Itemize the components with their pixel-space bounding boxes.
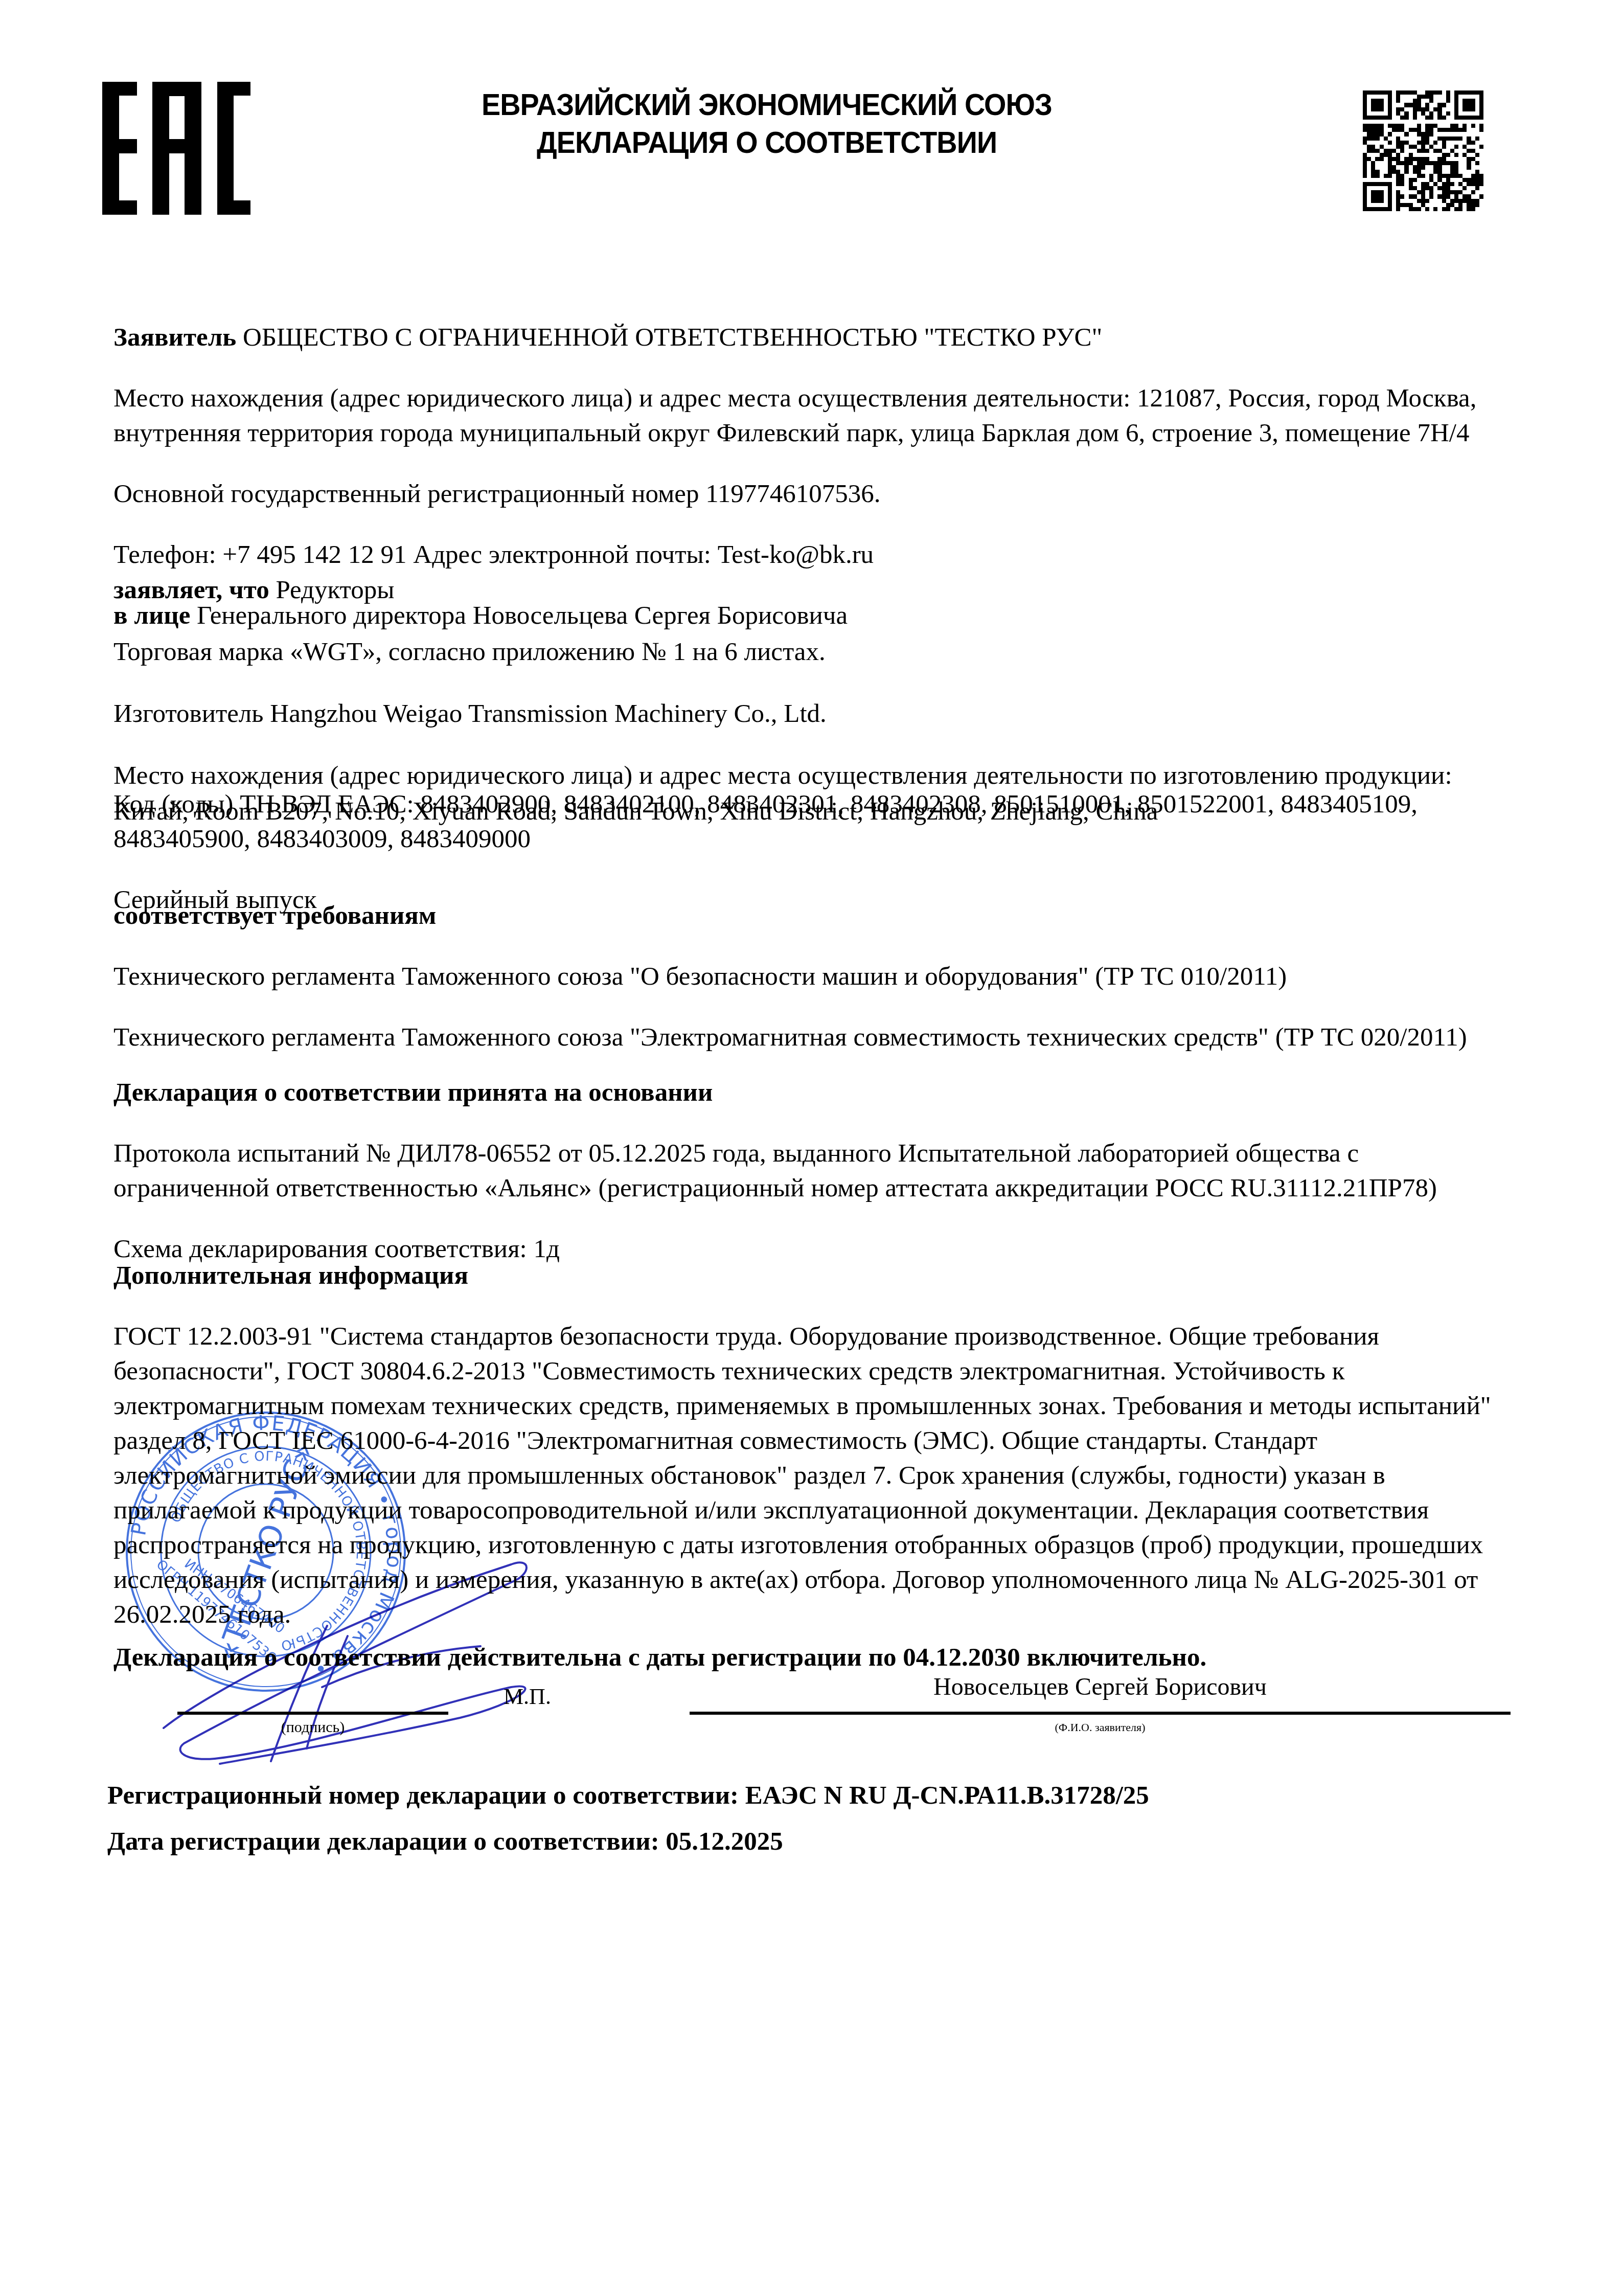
- applicant-name: ОБЩЕСТВО С ОГРАНИЧЕННОЙ ОТВЕТСТВЕННОСТЬЮ…: [236, 323, 1102, 352]
- applicant-ogrn: Основной государственный регистрационный…: [113, 476, 1514, 511]
- qr-code-icon: [1363, 90, 1483, 211]
- product-manufacturer: Изготовитель Hangzhou Weigao Transmissio…: [113, 696, 1514, 732]
- registration-date: Дата регистрации декларации о соответств…: [107, 1824, 783, 1859]
- name-line: [690, 1712, 1511, 1715]
- additional-label: Дополнительная информация: [113, 1258, 1514, 1293]
- product-trademark: Торговая марка «WGT», согласно приложени…: [113, 634, 1514, 670]
- applicant-label: Заявитель: [113, 323, 236, 352]
- hs-codes-label: Код (коды) ТН ВЭД ЕАЭС:: [113, 790, 414, 819]
- document-title: ЕВРАЗИЙСКИЙ ЭКОНОМИЧЕСКИЙ СОЮЗ ДЕКЛАРАЦИ…: [386, 86, 1147, 162]
- product-name: Редукторы: [269, 576, 395, 604]
- registration-number: Регистрационный номер декларации о соотв…: [107, 1778, 1149, 1813]
- signer-name: Новосельцев Сергей Борисович: [690, 1673, 1511, 1701]
- declares-label: заявляет, что: [113, 576, 269, 604]
- name-caption: (Ф.И.О. заявителя): [690, 1721, 1511, 1734]
- applicant-address: Место нахождения (адрес юридического лиц…: [113, 381, 1514, 450]
- eac-logo: [102, 82, 258, 215]
- regulation-010: Технического регламента Таможенного союз…: [113, 959, 1514, 994]
- compliance-label: соответствует требованиям: [113, 898, 1514, 933]
- signature-scribble-icon: [153, 1534, 613, 1769]
- title-union: ЕВРАЗИЙСКИЙ ЭКОНОМИЧЕСКИЙ СОЮЗ: [386, 86, 1147, 124]
- title-declaration: ДЕКЛАРАЦИЯ О СООТВЕТСТВИИ: [386, 124, 1147, 162]
- basis-protocol: Протокола испытаний № ДИЛ78-06552 от 05.…: [113, 1136, 1514, 1206]
- basis-label: Декларация о соответствии принята на осн…: [113, 1075, 1514, 1110]
